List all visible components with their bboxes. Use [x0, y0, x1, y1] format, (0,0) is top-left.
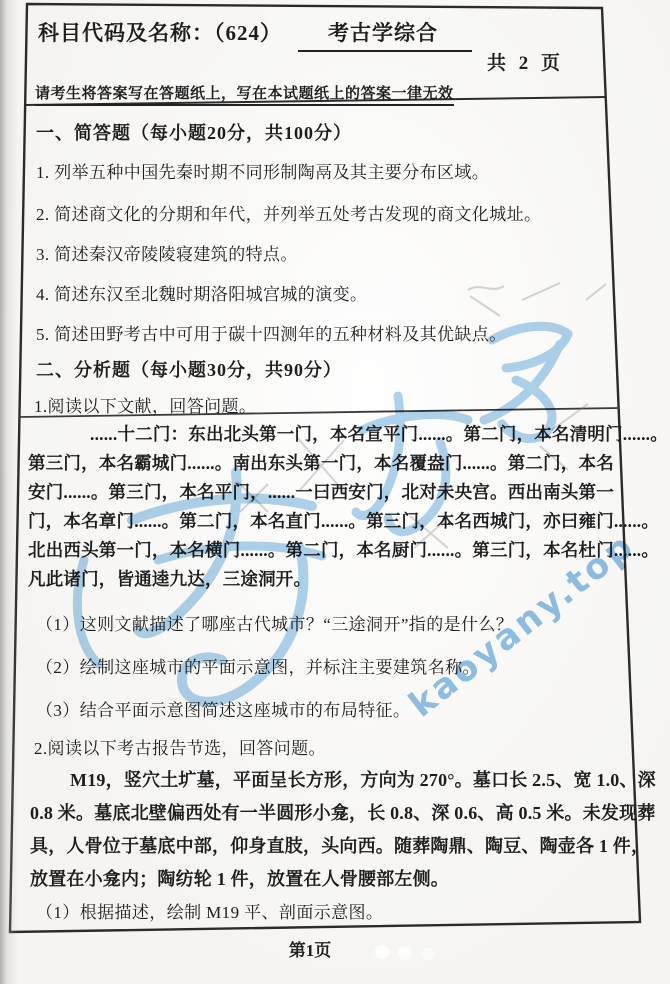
scan-artifacts [375, 945, 434, 960]
subject-name: 考古学综合 [298, 17, 472, 52]
scanned-exam-page: 科目代码及名称：（624）考古学综合 共 2 页 请考生将答案写在答题纸上，写在… [0, 0, 670, 984]
quote-line: 第三门，本名霸城门......。南出东头第一门，本名覆盎门......。第二门，… [28, 449, 628, 478]
document-quote-block: ......十二门：东出北头第一门，本名宣平门......。第二门，本名清明门.… [28, 420, 628, 594]
subject-code-label: 科目代码及名称： [38, 21, 214, 45]
quote-line: 安门......。第三门，本名平门，......一曰西安门，北对未央宫。西出南头… [28, 478, 628, 507]
report-line: 0.8 米。墓底北壁偏西处有一半圆形小龛，长 0.8、深 0.6、高 0.5 米… [30, 797, 635, 830]
report-line: M19，竖穴土圹墓，平面呈长方形，方向为 270°。墓口长 2.5、宽 1.0、… [30, 764, 635, 797]
q1-subquestion-2: （2）绘制这座城市的平面示意图，并标注主要建筑名称。 [36, 653, 480, 678]
quote-line: 北出西头第一门，本名横门......。第二门，本名厨门......。第三门，本名… [28, 536, 628, 565]
quote-line: ......十二门：东出北头第一门，本名宣平门......。第二门，本名清明门.… [28, 420, 628, 449]
question-item-3: 3. 简述秦汉帝陵陵寝建筑的特点。 [36, 240, 298, 265]
question-item-2: 2. 简述商文化的分期和年代，并列举五处考古发现的商文化城址。 [36, 200, 541, 225]
quote-line: 门，本名章门......。第二门，本名直门......。第三门，本名西城门，亦曰… [28, 507, 628, 536]
section1-heading: 一、简答题（每小题20分，共100分） [36, 119, 352, 145]
scan-edge-shadow [0, 0, 18, 984]
exam-note: 请考生将答案写在答题纸上，写在本试题纸上的答案一律无效 [35, 82, 454, 106]
q1-subquestion-1: （1）这则文献描述了哪座古代城市？“三途洞开”指的是什么？ [36, 610, 513, 635]
page-title: 科目代码及名称：（624）考古学综合 [38, 17, 472, 52]
footer-page-number: 第1页 [240, 936, 380, 961]
report-line: 放置在小龛内；陶纺轮 1 件，放置在人骨腰部左侧。 [30, 863, 635, 896]
excavation-report-block: M19，竖穴土圹墓，平面呈长方形，方向为 270°。墓口长 2.5、宽 1.0、… [30, 764, 635, 896]
question-item-1: 1. 列举五种中国先秦时期不同形制陶鬲及其主要分布区域。 [36, 158, 489, 183]
q1-intro: 1.阅读以下文献，回答问题。 [34, 392, 256, 417]
section2-heading: 二、分析题（每小题30分，共90分） [36, 356, 342, 382]
subject-code: （624） [214, 21, 282, 45]
question-item-4: 4. 简述东汉至北魏时期洛阳城宫城的演变。 [36, 280, 367, 305]
question-item-5: 5. 简述田野考古中可用于碳十四测年的五种材料及其优缺点。 [36, 320, 507, 345]
q2-intro: 2.阅读以下考古报告节选，回答问题。 [34, 734, 326, 759]
total-pages: 共 2 页 [487, 48, 564, 75]
q2-subquestion-1: （1）根据描述，绘制 M19 平、剖面示意图。 [36, 898, 383, 923]
q1-subquestion-3: （3）结合平面示意图简述这座城市的布局特征。 [36, 696, 410, 721]
report-line: 具，人骨位于墓底中部，仰身直肢，头向西。随葬陶鼎、陶豆、陶壶各 1 件， [30, 830, 635, 863]
